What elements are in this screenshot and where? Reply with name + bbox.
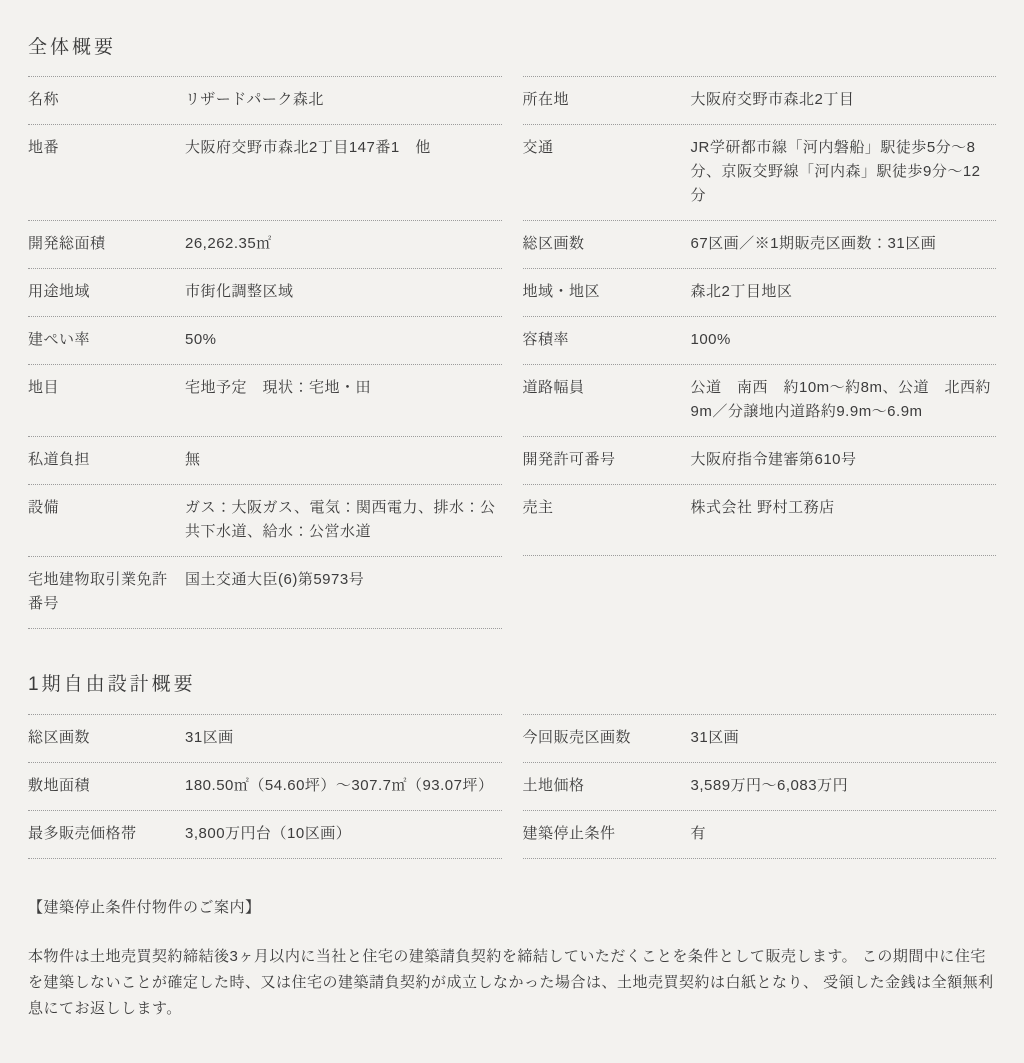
table-row-left: 開発総面積26,262.35㎡ bbox=[28, 220, 502, 268]
table-row-right bbox=[523, 556, 997, 629]
row-label: 容積率 bbox=[523, 328, 691, 352]
row-label: 売主 bbox=[523, 496, 691, 520]
row-label: 所在地 bbox=[523, 88, 691, 112]
row-value: 有 bbox=[691, 822, 997, 846]
row-value: 180.50㎡（54.60坪）〜307.7㎡（93.07坪） bbox=[185, 774, 502, 798]
row-value: 50% bbox=[185, 328, 502, 352]
row-value: 大阪府交野市森北2丁目 bbox=[691, 88, 997, 112]
table-row-right: 道路幅員公道 南西 約10m〜約8m、公道 北西約9m／分譲地内道路約9.9m〜… bbox=[523, 364, 997, 436]
row-label: 地番 bbox=[28, 136, 185, 160]
row-value: 国土交通大臣(6)第5973号 bbox=[185, 568, 502, 592]
row-value: 3,800万円台（10区画） bbox=[185, 822, 502, 846]
section-title-overall: 全体概要 bbox=[28, 33, 996, 63]
row-label: 開発総面積 bbox=[28, 232, 185, 256]
row-label: 設備 bbox=[28, 496, 185, 520]
row-value: 26,262.35㎡ bbox=[185, 232, 502, 256]
table-row-left: 名称リザードパーク森北 bbox=[28, 76, 502, 124]
row-value: ガス：大阪ガス、電気：関西電力、排水：公共下水道、給水：公営水道 bbox=[185, 496, 502, 544]
table-row-left: 設備ガス：大阪ガス、電気：関西電力、排水：公共下水道、給水：公営水道 bbox=[28, 484, 502, 556]
row-label: 道路幅員 bbox=[523, 376, 691, 400]
row-label: 用途地域 bbox=[28, 280, 185, 304]
row-value: 無 bbox=[185, 448, 502, 472]
table-row-left: 最多販売価格帯3,800万円台（10区画） bbox=[28, 810, 502, 859]
section-phase1-summary: 1期自由設計概要 総区画数31区画今回販売区画数31区画敷地面積180.50㎡（… bbox=[28, 670, 996, 858]
table-row-right: 売主株式会社 野村工務店 bbox=[523, 484, 997, 556]
row-value: 100% bbox=[691, 328, 997, 352]
row-label: 地域・地区 bbox=[523, 280, 691, 304]
table-row-right: 総区画数67区画／※1期販売区画数：31区画 bbox=[523, 220, 997, 268]
table-row-right: 交通JR学研都市線「河内磐船」駅徒歩5分〜8分、京阪交野線「河内森」駅徒歩9分〜… bbox=[523, 124, 997, 220]
section-title-phase1: 1期自由設計概要 bbox=[28, 670, 996, 700]
table-row-right: 開発許可番号大阪府指令建審第610号 bbox=[523, 436, 997, 484]
table-row-left: 地番大阪府交野市森北2丁目147番1 他 bbox=[28, 124, 502, 220]
property-overview-page: 全体概要 名称リザードパーク森北所在地大阪府交野市森北2丁目地番大阪府交野市森北… bbox=[28, 33, 996, 1023]
row-label: 宅地建物取引業免許番号 bbox=[28, 568, 185, 616]
row-value: 大阪府指令建審第610号 bbox=[691, 448, 997, 472]
table-row-left: 宅地建物取引業免許番号国土交通大臣(6)第5973号 bbox=[28, 556, 502, 629]
row-label: 交通 bbox=[523, 136, 691, 160]
row-value: 公道 南西 約10m〜約8m、公道 北西約9m／分譲地内道路約9.9m〜6.9m bbox=[691, 376, 997, 424]
row-value: 森北2丁目地区 bbox=[691, 280, 997, 304]
row-value: リザードパーク森北 bbox=[185, 88, 502, 112]
table-row-right: 今回販売区画数31区画 bbox=[523, 714, 997, 762]
table-row-left: 敷地面積180.50㎡（54.60坪）〜307.7㎡（93.07坪） bbox=[28, 762, 502, 810]
row-label: 総区画数 bbox=[523, 232, 691, 256]
row-label: 建築停止条件 bbox=[523, 822, 691, 846]
table-row-right: 建築停止条件有 bbox=[523, 810, 997, 859]
row-label: 地目 bbox=[28, 376, 185, 400]
overall-spec-table: 名称リザードパーク森北所在地大阪府交野市森北2丁目地番大阪府交野市森北2丁目14… bbox=[28, 76, 996, 629]
table-row-left: 総区画数31区画 bbox=[28, 714, 502, 762]
table-row-left: 用途地域市街化調整区域 bbox=[28, 268, 502, 316]
row-label: 私道負担 bbox=[28, 448, 185, 472]
row-label: 建ぺい率 bbox=[28, 328, 185, 352]
table-row-right: 地域・地区森北2丁目地区 bbox=[523, 268, 997, 316]
notice-heading: 【建築停止条件付物件のご案内】 bbox=[28, 896, 996, 920]
section-overall-summary: 全体概要 名称リザードパーク森北所在地大阪府交野市森北2丁目地番大阪府交野市森北… bbox=[28, 33, 996, 629]
notice-body: 本物件は土地売買契約締結後3ヶ月以内に当社と住宅の建築請負契約を締結していただく… bbox=[28, 944, 996, 1023]
row-value: 3,589万円〜6,083万円 bbox=[691, 774, 997, 798]
row-label: 総区画数 bbox=[28, 726, 185, 750]
phase1-spec-table: 総区画数31区画今回販売区画数31区画敷地面積180.50㎡（54.60坪）〜3… bbox=[28, 714, 996, 859]
row-label: 敷地面積 bbox=[28, 774, 185, 798]
table-row-right: 容積率100% bbox=[523, 316, 997, 364]
row-label: 最多販売価格帯 bbox=[28, 822, 185, 846]
row-value: 31区画 bbox=[185, 726, 502, 750]
row-label: 土地価格 bbox=[523, 774, 691, 798]
row-label: 名称 bbox=[28, 88, 185, 112]
row-value: JR学研都市線「河内磐船」駅徒歩5分〜8分、京阪交野線「河内森」駅徒歩9分〜12… bbox=[691, 136, 997, 208]
row-label: 今回販売区画数 bbox=[523, 726, 691, 750]
row-value: 宅地予定 現状：宅地・田 bbox=[185, 376, 502, 400]
table-row-right: 所在地大阪府交野市森北2丁目 bbox=[523, 76, 997, 124]
table-row-right: 土地価格3,589万円〜6,083万円 bbox=[523, 762, 997, 810]
notice-section: 【建築停止条件付物件のご案内】 本物件は土地売買契約締結後3ヶ月以内に当社と住宅… bbox=[28, 896, 996, 1023]
table-row-left: 私道負担無 bbox=[28, 436, 502, 484]
row-value: 市街化調整区域 bbox=[185, 280, 502, 304]
row-value: 67区画／※1期販売区画数：31区画 bbox=[691, 232, 997, 256]
row-value: 大阪府交野市森北2丁目147番1 他 bbox=[185, 136, 502, 160]
row-value: 31区画 bbox=[691, 726, 997, 750]
row-label: 開発許可番号 bbox=[523, 448, 691, 472]
table-row-left: 地目宅地予定 現状：宅地・田 bbox=[28, 364, 502, 436]
row-value: 株式会社 野村工務店 bbox=[691, 496, 997, 520]
table-row-left: 建ぺい率50% bbox=[28, 316, 502, 364]
